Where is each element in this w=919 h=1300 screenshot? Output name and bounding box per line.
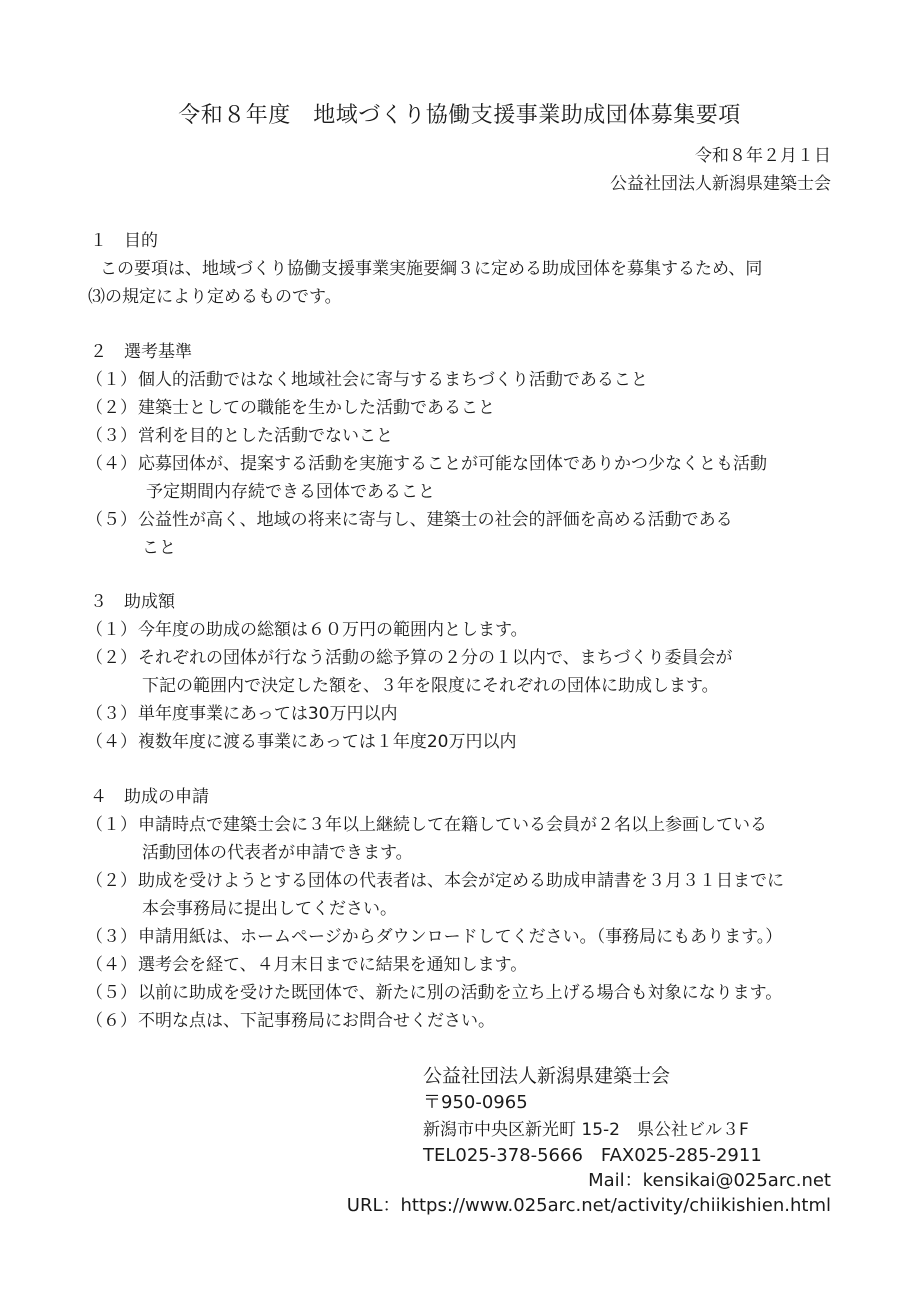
list-item: （１） 今年度の助成の総額は６０万円の範囲内とします。	[86, 616, 840, 644]
list-item: （２） それぞれの団体が行なう活動の総予算の２分の１以内で、まちづくり委員会が	[86, 644, 840, 672]
section-heading: ４ 助成の申請	[90, 783, 840, 811]
list-item: （１） 個人的活動ではなく地域社会に寄与するまちづくり活動であること	[86, 366, 840, 394]
list-item-continuation: 本会事務局に提出してください。	[90, 895, 840, 923]
section-grant-amount: ３ 助成額 （１） 今年度の助成の総額は６０万円の範囲内とします。 （２） それ…	[90, 588, 840, 756]
list-item-continuation: 下記の範囲内で決定した額を、３年を限度にそれぞれの団体に助成します。	[90, 672, 840, 700]
list-item-continuation: こと	[90, 534, 840, 562]
list-item: （６） 不明な点は、下記事務局にお問合せください。	[86, 1007, 840, 1035]
section-heading: ３ 助成額	[90, 588, 840, 616]
document-page: 令和８年度 地域づくり協働支援事業助成団体募集要項 令和８年２月１日 公益社団法…	[0, 0, 919, 1300]
contact-postal: 〒950-0965	[423, 1090, 528, 1116]
paragraph-line: ⑶の規定により定めるものです。	[88, 283, 840, 311]
list-item: （１） 申請時点で建築士会に３年以上継続して在籍している会員が２名以上参画してい…	[86, 811, 840, 839]
section-heading: １ 目的	[90, 227, 840, 255]
document-date: 令和８年２月１日	[695, 143, 831, 169]
document-title: 令和８年度 地域づくり協働支援事業助成団体募集要項	[0, 100, 919, 132]
paragraph-line: この要項は、地域づくり協働支援事業実施要綱３に定める助成団体を募集するため、同	[90, 255, 840, 283]
contact-url[interactable]: URL：https://www.025arc.net/activity/chii…	[347, 1193, 831, 1219]
list-item: （４） 選考会を経て、４月末日までに結果を通知します。	[86, 951, 840, 979]
section-application: ４ 助成の申請 （１） 申請時点で建築士会に３年以上継続して在籍している会員が２…	[90, 783, 840, 1035]
list-item: （２） 建築士としての職能を生かした活動であること	[86, 394, 840, 422]
list-item: （４） 応募団体が、提案する活動を実施することが可能な団体でありかつ少なくとも活…	[86, 450, 840, 478]
section-heading: ２ 選考基準	[90, 338, 840, 366]
section-criteria: ２ 選考基準 （１） 個人的活動ではなく地域社会に寄与するまちづくり活動であるこ…	[90, 338, 840, 562]
contact-mail[interactable]: Mail：kensikai@025arc.net	[588, 1168, 831, 1194]
contact-address: 新潟市中央区新光町 15-2 県公社ビル３F	[423, 1117, 749, 1143]
section-purpose: １ 目的 この要項は、地域づくり協働支援事業実施要綱３に定める助成団体を募集する…	[90, 227, 840, 311]
list-item: （５） 公益性が高く、地域の将来に寄与し、建築士の社会的評価を高める活動である	[86, 506, 840, 534]
contact-org: 公益社団法人新潟県建築士会	[423, 1063, 670, 1089]
contact-tel-fax: TEL025-378-5666 FAX025-285-2911	[423, 1143, 762, 1169]
list-item: （３） 申請用紙は、ホームページからダウンロードしてください。（事務局にもありま…	[86, 923, 840, 951]
list-item: （２） 助成を受けようとする団体の代表者は、本会が定める助成申請書を３月３１日ま…	[86, 867, 840, 895]
list-item-continuation: 予定期間内存続できる団体であること	[90, 478, 840, 506]
list-item: （５） 以前に助成を受けた既団体で、新たに別の活動を立ち上げる場合も対象になりま…	[86, 979, 840, 1007]
list-item: （４） 複数年度に渡る事業にあっては１年度20万円以内	[86, 728, 840, 756]
list-item: （３） 営利を目的とした活動でないこと	[86, 422, 840, 450]
list-item-continuation: 活動団体の代表者が申請できます。	[90, 839, 840, 867]
list-item: （３） 単年度事業にあっては30万円以内	[86, 700, 840, 728]
document-issuer: 公益社団法人新潟県建築士会	[610, 171, 831, 197]
